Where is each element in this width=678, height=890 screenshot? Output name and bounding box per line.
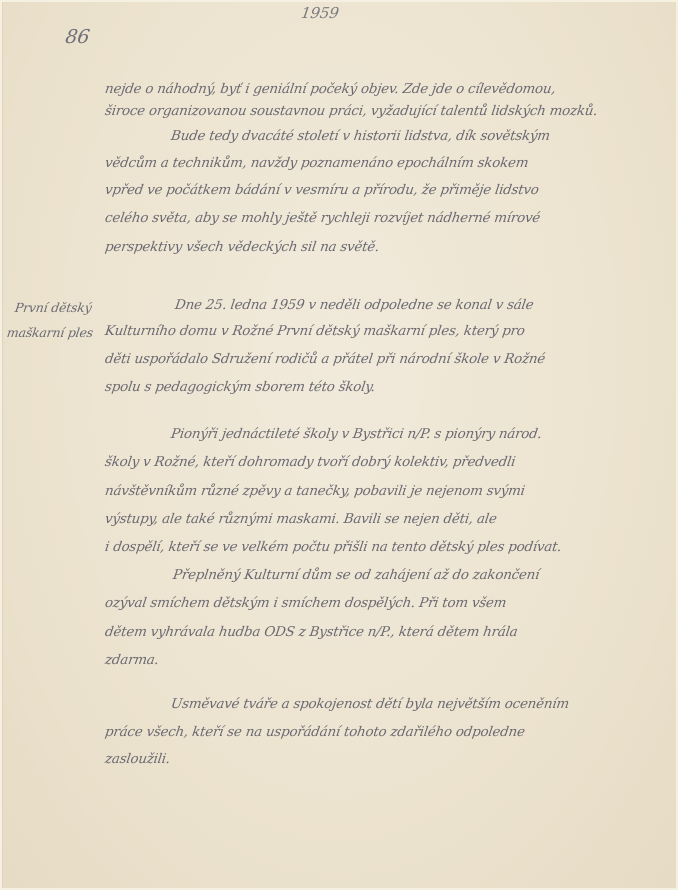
page-year: 1959 [300, 4, 340, 22]
text-line: vědcům a technikům, navždy poznamenáno e… [104, 156, 529, 171]
text-line: Usměvavé tváře a spokojenost dětí byla n… [170, 697, 570, 712]
text-line: i dospělí, kteří se ve velkém počtu přiš… [104, 540, 562, 555]
text-line: široce organizovanou soustavnou práci, v… [104, 104, 598, 119]
text-line: Dne 25. ledna 1959 v neděli odpoledne se… [174, 298, 534, 313]
manuscript-page: 1959 86 nejde o náhodný, byť i geniální … [0, 0, 678, 890]
text-line: Přeplněný Kulturní dům se od zahájení až… [172, 568, 540, 583]
text-line: návštěvníkům různé zpěvy a tanečky, poba… [104, 484, 526, 499]
margin-note-line: maškarní ples [6, 325, 94, 340]
text-line: zdarma. [104, 653, 160, 668]
margin-note-line: První dětský [14, 300, 93, 315]
text-line: celého světa, aby se mohly ještě rychlej… [104, 211, 541, 226]
text-line: děti uspořádalo Sdružení rodičů a přátel… [104, 352, 546, 367]
text-line: dětem vyhrávala hudba ODS z Bystřice n/P… [104, 625, 518, 640]
text-line: práce všech, kteří se na uspořádání toho… [104, 725, 526, 740]
page-number: 86 [64, 26, 91, 48]
text-line: vpřed ve počátkem bádání v vesmíru a pří… [104, 183, 540, 198]
text-line: nejde o náhodný, byť i geniální počeký o… [104, 82, 556, 97]
text-line: zasloužili. [104, 752, 171, 767]
text-line: perspektivy všech vědeckých sil na světě… [104, 240, 380, 255]
text-line: Pionýři jednáctileté školy v Bystřici n/… [170, 427, 543, 442]
text-line: Bude tedy dvacáté století v historii lid… [170, 129, 551, 144]
text-line: školy v Rožné, kteří dohromady tvoří dob… [104, 455, 516, 470]
text-line: Kulturního domu v Rožné První dětský maš… [104, 324, 526, 339]
text-line: výstupy, ale také různými maskami. Bavil… [104, 512, 498, 527]
text-line: ozýval smíchem dětským i smíchem dospělý… [104, 596, 507, 611]
text-line: spolu s pedagogickým sborem této školy. [104, 380, 376, 395]
